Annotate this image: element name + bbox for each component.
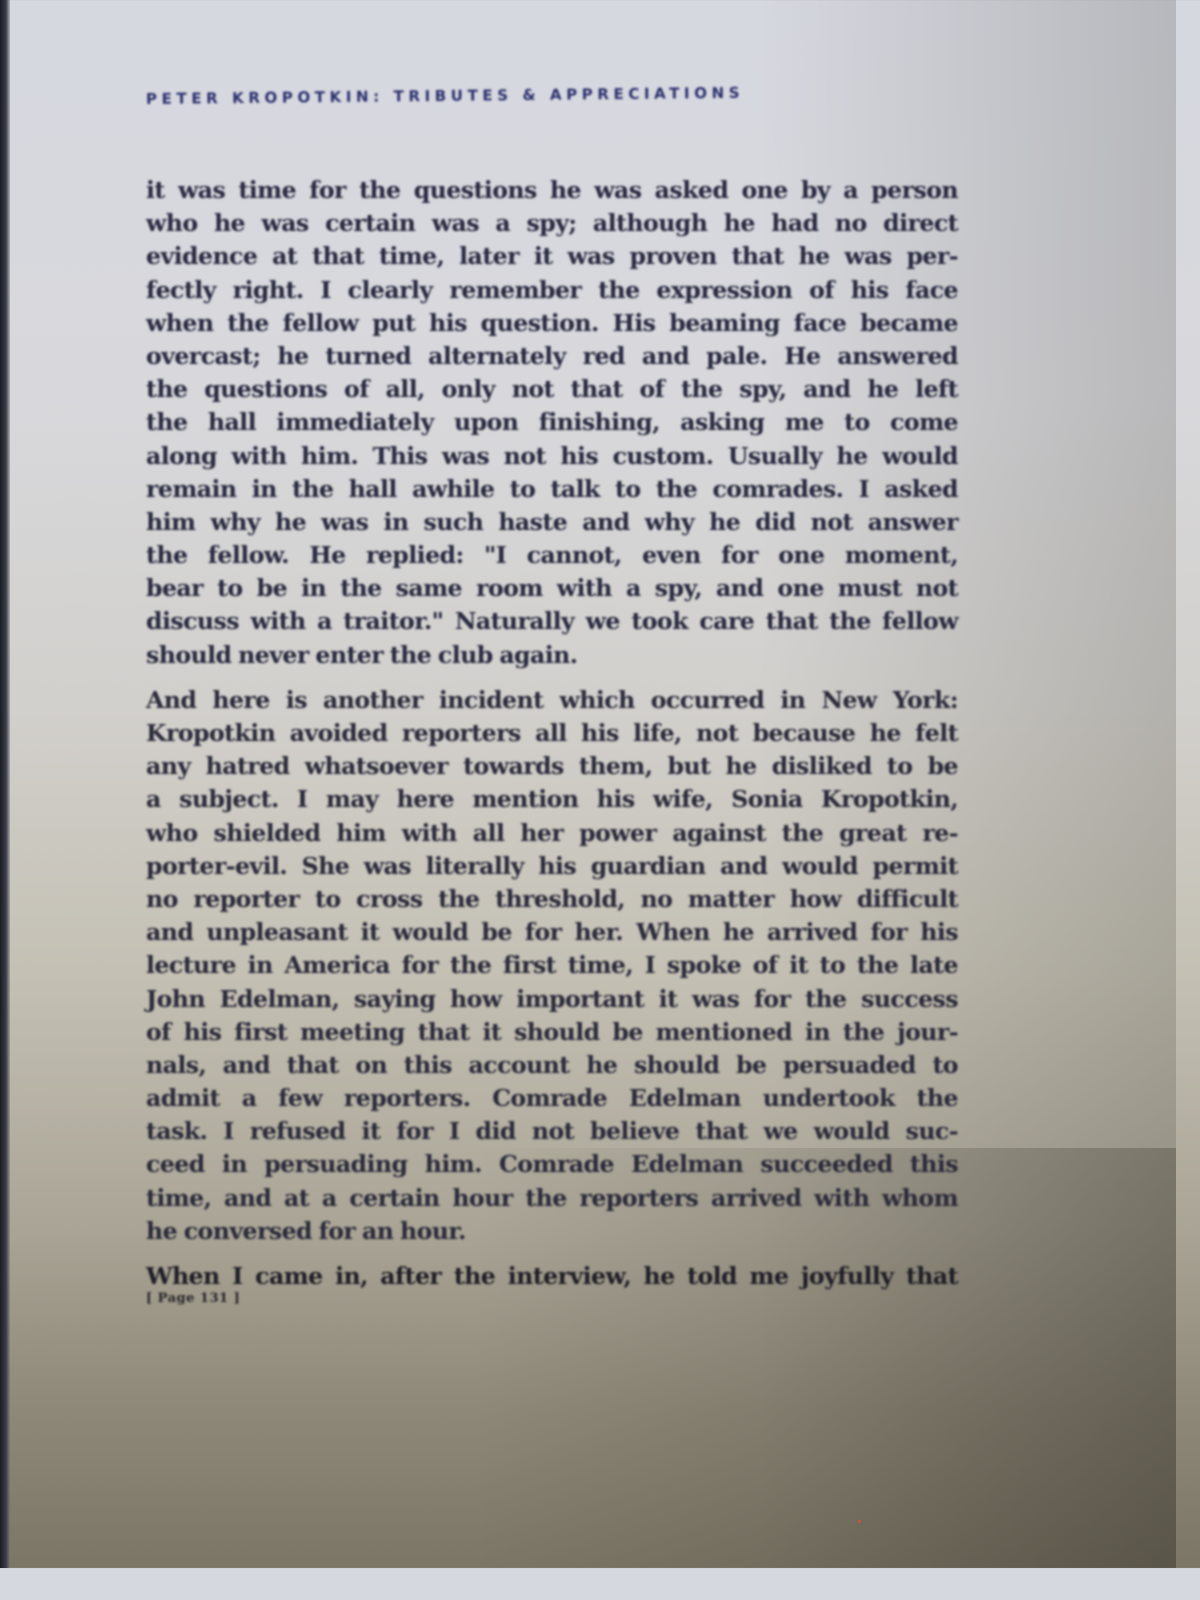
book-page: PETER KROPOTKIN: TRIBUTES & APPRECIATION…: [146, 90, 958, 1306]
paragraph-1: it was time for the questions he was ask…: [146, 174, 958, 672]
text-line: and unpleasant it would be for her. When…: [146, 916, 958, 949]
text-line: ceed in persuading him. Comrade Edelman …: [146, 1148, 958, 1181]
text-line: nals, and that on this account he should…: [146, 1049, 958, 1082]
text-line: lecture in America for the first time, I…: [146, 949, 958, 982]
text-line: admit a few reporters. Comrade Edelman u…: [146, 1082, 958, 1115]
paragraph-2: And here is another incident which occur…: [146, 684, 958, 1248]
text-line: who he was certain was a spy; although h…: [146, 207, 958, 240]
text-line: he conversed for an hour.: [146, 1215, 958, 1248]
page-number: [ Page 131 ]: [146, 1291, 958, 1306]
text-line: John Edelman, saying how important it wa…: [146, 983, 958, 1016]
photo-noise-speck: [858, 1520, 861, 1523]
text-line: it was time for the questions he was ask…: [146, 174, 958, 207]
text-line: evidence at that time, later it was prov…: [146, 240, 958, 273]
text-line: of his first meeting that it should be m…: [146, 1016, 958, 1049]
text-line: And here is another incident which occur…: [146, 684, 958, 717]
text-line: remain in the hall awhile to talk to the…: [146, 473, 958, 506]
text-line: any hatred whatsoever towards them, but …: [146, 750, 958, 783]
text-line: fectly right. I clearly remember the exp…: [146, 274, 958, 307]
text-line: overcast; he turned alternately red and …: [146, 340, 958, 373]
text-line: the fellow. He replied: "I cannot, even …: [146, 539, 958, 572]
text-line: no reporter to cross the threshold, no m…: [146, 883, 958, 916]
paragraph-3: When I came in, after the interview, he …: [146, 1260, 958, 1293]
text-line: porter-evil. She was literally his guard…: [146, 850, 958, 883]
text-line: a subject. I may here mention his wife, …: [146, 783, 958, 816]
text-line: the questions of all, only not that of t…: [146, 373, 958, 406]
text-line: Kropotkin avoided reporters all his life…: [146, 717, 958, 750]
text-line: along with him. This was not his custom.…: [146, 440, 958, 473]
text-line: discuss with a traitor." Naturally we to…: [146, 605, 958, 638]
text-line: When I came in, after the interview, he …: [146, 1260, 958, 1293]
text-line: when the fellow put his question. His be…: [146, 307, 958, 340]
text-line: the hall immediately upon finishing, ask…: [146, 406, 958, 439]
text-line: him why he was in such haste and why he …: [146, 506, 958, 539]
text-line: who shielded him with all her power agai…: [146, 817, 958, 850]
running-head: PETER KROPOTKIN: TRIBUTES & APPRECIATION…: [146, 81, 958, 108]
text-line: time, and at a certain hour the reporter…: [146, 1182, 958, 1215]
book-gutter-shadow: [0, 0, 10, 1568]
text-line: task. I refused it for I did not believe…: [146, 1115, 958, 1148]
text-line: should never enter the club again.: [146, 639, 958, 672]
text-line: bear to be in the same room with a spy, …: [146, 572, 958, 605]
